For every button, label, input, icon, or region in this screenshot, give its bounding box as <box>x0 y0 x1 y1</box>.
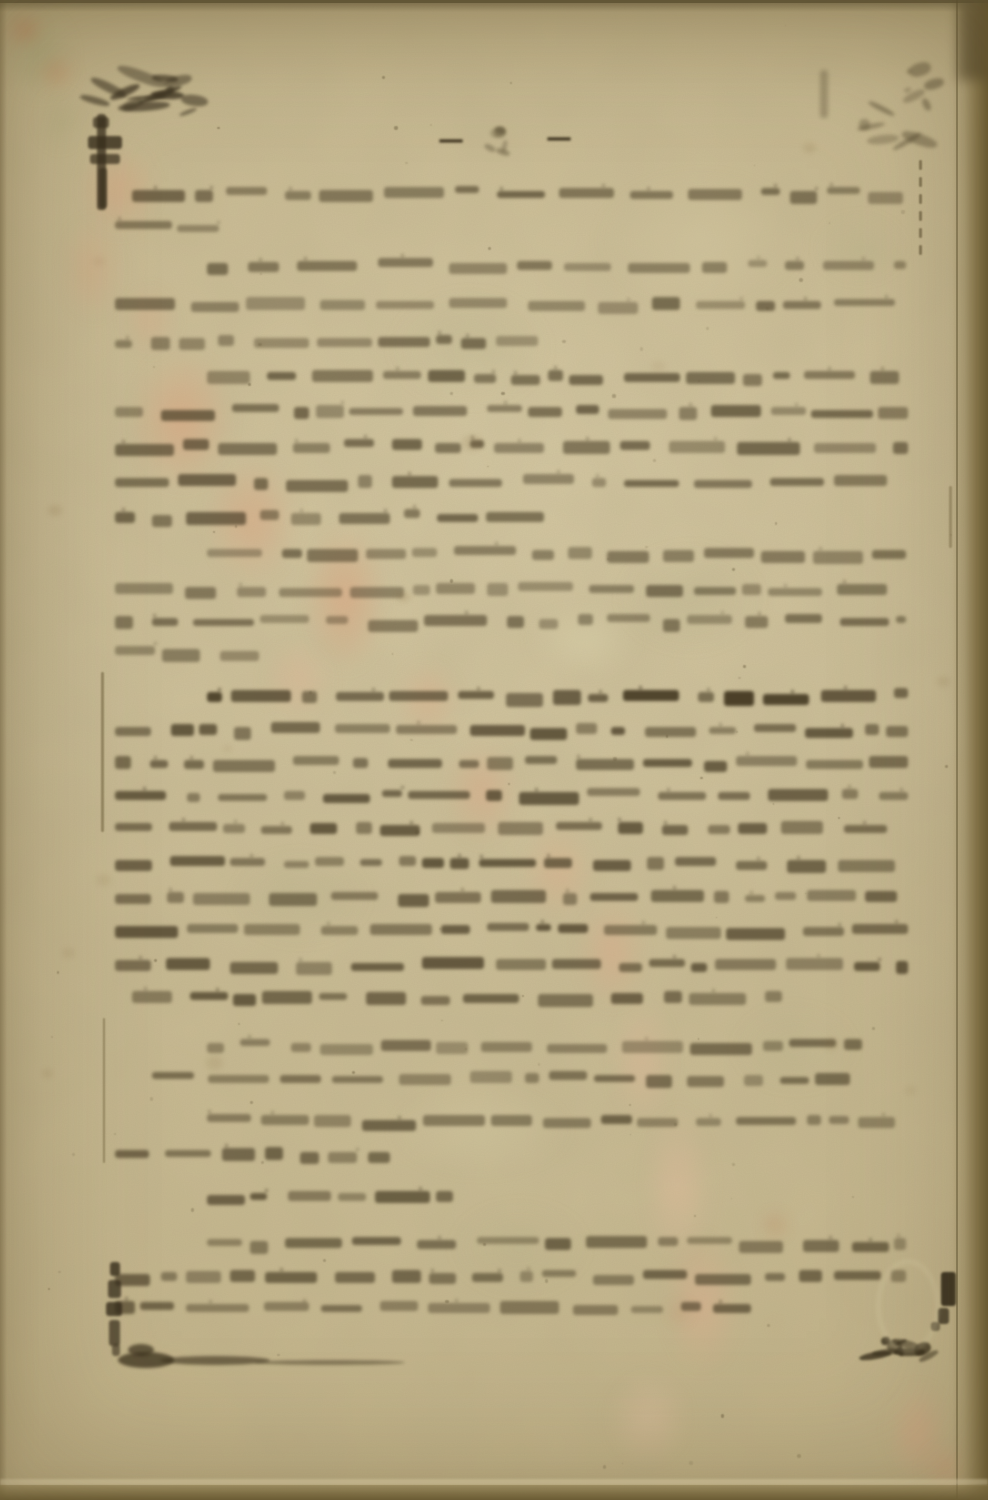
word-smudge <box>436 1191 453 1203</box>
word-smudge <box>356 1148 359 1151</box>
text-line-smudge <box>113 580 908 598</box>
word-smudge <box>743 374 762 386</box>
word-smudge <box>578 614 593 625</box>
word-smudge <box>553 690 582 705</box>
word-smudge <box>321 1305 362 1312</box>
word-smudge <box>222 1148 255 1161</box>
word-smudge <box>696 1118 721 1126</box>
word-smudge <box>413 406 467 416</box>
word-smudge <box>207 263 228 275</box>
word-smudge <box>449 298 508 308</box>
word-smudge <box>858 1117 895 1129</box>
word-smudge <box>122 508 125 511</box>
word-smudge <box>288 1191 331 1201</box>
word-smudge <box>208 1075 269 1083</box>
word-smudge <box>895 920 898 923</box>
word-smudge <box>353 758 369 768</box>
word-smudge <box>351 963 404 971</box>
word-smudge <box>787 860 826 873</box>
word-smudge <box>254 338 310 347</box>
word-smudge <box>601 1115 632 1124</box>
word-smudge <box>254 478 268 490</box>
word-smudge <box>622 1041 683 1053</box>
word-smudge <box>757 857 760 860</box>
word-smudge <box>115 444 174 456</box>
word-smudge <box>320 300 366 310</box>
word-smudge <box>852 1242 888 1253</box>
word-smudge <box>848 785 851 788</box>
word-smudge <box>494 443 544 453</box>
word-smudge <box>150 760 168 768</box>
word-smudge <box>167 892 185 903</box>
footer-cross-mark <box>106 1302 122 1316</box>
ink-speck <box>612 394 616 398</box>
stain <box>252 625 344 735</box>
word-smudge <box>704 548 754 559</box>
word-smudge <box>487 405 523 413</box>
word-smudge <box>556 822 602 830</box>
word-smudge <box>458 854 461 857</box>
word-smudge <box>187 924 238 932</box>
word-smudge <box>673 886 676 889</box>
word-smudge <box>823 261 874 270</box>
word-smudge <box>709 727 737 734</box>
text-line-smudge <box>130 989 790 1007</box>
word-smudge <box>115 478 169 487</box>
word-smudge <box>667 788 670 791</box>
word-smudge <box>477 1237 538 1244</box>
word-smudge <box>821 690 876 702</box>
word-smudge <box>326 616 348 624</box>
text-line-smudge <box>113 921 910 939</box>
word-smudge <box>319 993 347 1001</box>
ink-speck <box>48 1288 50 1290</box>
word-smudge <box>536 924 551 931</box>
right-margin-dashed-line <box>919 194 922 204</box>
word-smudge <box>554 366 557 369</box>
word-smudge <box>592 478 606 487</box>
word-smudge <box>573 1305 618 1314</box>
word-smudge <box>814 443 876 453</box>
word-smudge <box>815 187 818 190</box>
word-smudge <box>265 1272 317 1282</box>
word-smudge <box>514 371 517 374</box>
word-smudge <box>618 818 621 821</box>
word-smudge <box>624 373 681 383</box>
foxing-spot <box>48 505 62 516</box>
ink-speck <box>487 466 489 468</box>
word-smudge <box>455 1299 458 1302</box>
word-smudge <box>435 443 461 453</box>
word-smudge <box>541 920 544 923</box>
ink-speck <box>235 525 238 528</box>
word-smudge <box>449 479 502 487</box>
word-smudge <box>547 854 550 857</box>
word-smudge <box>813 551 863 564</box>
ink-speck <box>901 210 904 213</box>
word-smudge <box>691 963 707 972</box>
word-smudge <box>436 583 475 594</box>
word-smudge <box>115 298 175 310</box>
word-smudge <box>819 547 822 550</box>
right-margin-dashed-line <box>919 245 922 255</box>
word-smudge <box>115 340 132 348</box>
word-smudge <box>169 888 172 891</box>
word-smudge <box>248 1035 251 1038</box>
word-smudge <box>284 791 305 800</box>
word-smudge <box>321 926 359 935</box>
binding-dark-blob <box>938 1308 949 1324</box>
word-smudge <box>179 338 205 350</box>
word-smudge <box>827 187 860 195</box>
word-smudge <box>339 513 391 525</box>
word-smudge <box>396 367 399 370</box>
word-smudge <box>745 616 768 628</box>
word-smudge <box>878 958 881 961</box>
footer-cross-mark <box>109 1320 120 1346</box>
word-smudge <box>763 694 809 706</box>
word-smudge <box>428 370 465 383</box>
text-line-smudge <box>113 955 910 973</box>
word-smudge <box>689 993 746 1005</box>
word-smudge <box>344 439 375 447</box>
word-smudge <box>350 587 403 598</box>
word-smudge <box>719 1300 722 1303</box>
ink-speck <box>501 392 505 396</box>
word-smudge <box>454 546 515 555</box>
word-smudge <box>773 372 789 379</box>
word-smudge <box>523 474 574 484</box>
word-smudge <box>844 1039 862 1051</box>
word-smudge <box>865 724 879 735</box>
word-smudge <box>517 261 552 271</box>
word-smudge <box>586 437 589 440</box>
word-smudge <box>207 1114 251 1121</box>
word-smudge <box>438 331 441 334</box>
word-smudge <box>547 1044 607 1054</box>
word-smudge <box>886 726 908 737</box>
word-smudge <box>758 612 761 615</box>
word-smudge <box>383 371 421 379</box>
word-smudge <box>669 441 725 454</box>
footer-embossed-ring <box>877 1260 939 1352</box>
word-smudge <box>396 725 457 734</box>
text-line-smudge <box>113 1267 908 1285</box>
word-smudge <box>788 438 791 441</box>
word-smudge <box>384 187 444 198</box>
word-smudge <box>376 301 434 309</box>
word-smudge <box>598 302 638 315</box>
word-smudge <box>687 615 732 623</box>
word-smudge <box>421 996 450 1005</box>
ink-speck <box>603 1465 606 1468</box>
bottom-edge-band <box>0 1485 988 1500</box>
ink-speck <box>767 1324 770 1327</box>
word-smudge <box>765 991 782 1002</box>
word-smudge <box>558 924 588 933</box>
word-smudge <box>392 476 438 488</box>
text-line-smudge <box>113 853 910 871</box>
word-smudge <box>771 407 805 415</box>
right-margin-dashed-line <box>919 177 922 187</box>
word-smudge <box>646 585 683 597</box>
word-smudge <box>576 405 599 414</box>
word-smudge <box>225 1144 228 1147</box>
text-line-smudge <box>205 1234 908 1252</box>
word-smudge <box>115 221 172 229</box>
ink-speck <box>731 1198 732 1199</box>
word-smudge <box>687 1237 732 1244</box>
word-smudge <box>368 620 418 632</box>
word-smudge <box>286 480 347 493</box>
word-smudge <box>230 962 278 974</box>
ink-speck <box>653 459 656 462</box>
word-smudge <box>881 367 884 370</box>
word-smudge <box>230 858 265 866</box>
word-smudge <box>511 375 540 385</box>
word-smudge <box>885 295 888 298</box>
word-smudge <box>593 1275 634 1286</box>
word-smudge <box>807 1115 821 1125</box>
word-smudge <box>770 478 824 486</box>
word-smudge <box>303 1299 306 1302</box>
word-smudge <box>589 585 634 593</box>
word-smudge <box>190 756 193 759</box>
word-smudge <box>384 509 387 512</box>
word-smudge <box>687 1076 723 1087</box>
foxing-spot <box>223 745 232 752</box>
word-smudge <box>417 1240 457 1250</box>
word-smudge <box>643 1270 687 1279</box>
word-smudge <box>244 924 300 935</box>
word-smudge <box>293 756 338 766</box>
word-smudge <box>643 759 692 766</box>
word-smudge <box>207 1195 245 1205</box>
text-line-smudge <box>130 184 905 202</box>
word-smudge <box>619 963 642 972</box>
word-smudge <box>315 857 344 866</box>
right-top-corner-shadow <box>958 0 988 80</box>
ink-speck <box>666 735 668 737</box>
word-smudge <box>830 183 833 186</box>
text-line-smudge <box>150 1069 852 1087</box>
word-smudge <box>708 825 730 834</box>
ink-speck <box>394 126 398 130</box>
word-smudge <box>487 757 513 769</box>
foxing-spot <box>462 435 482 451</box>
word-smudge <box>216 988 219 991</box>
text-line-smudge <box>113 887 910 905</box>
word-smudge <box>132 190 185 202</box>
word-smudge <box>781 821 824 833</box>
word-smudge <box>218 443 277 455</box>
word-smudge <box>652 297 680 310</box>
word-smudge <box>153 614 156 617</box>
word-smudge <box>139 956 142 959</box>
foxing-spot <box>206 1056 223 1070</box>
word-smudge <box>170 856 225 865</box>
word-smudge <box>441 925 470 934</box>
word-smudge <box>297 261 357 271</box>
word-smudge <box>424 615 487 626</box>
ink-speck <box>799 278 803 282</box>
word-smudge <box>559 188 615 198</box>
text-line-smudge <box>113 507 552 525</box>
word-smudge <box>594 1075 635 1082</box>
page-number-left-dash: — <box>438 127 464 153</box>
word-smudge <box>360 859 381 866</box>
word-smudge <box>165 1150 211 1157</box>
text-line-smudge <box>113 218 232 236</box>
word-smudge <box>115 646 155 655</box>
word-smudge <box>736 1117 796 1125</box>
foxing-spot <box>905 1086 916 1095</box>
word-smudge <box>388 759 442 768</box>
word-smudge <box>528 407 562 417</box>
word-smudge <box>491 890 546 903</box>
word-smudge <box>352 1237 401 1245</box>
word-smudge <box>250 854 253 857</box>
word-smudge <box>542 1270 576 1277</box>
word-smudge <box>239 583 242 586</box>
word-smudge <box>893 442 908 455</box>
ink-speck <box>333 771 335 773</box>
word-smudge <box>307 549 357 561</box>
ink-speck <box>700 777 702 779</box>
word-smudge <box>143 787 146 790</box>
word-smudge <box>696 301 745 308</box>
word-smudge <box>115 791 166 801</box>
word-smudge <box>250 1241 268 1254</box>
word-smudge <box>588 694 608 702</box>
word-smudge <box>593 860 632 872</box>
word-smudge <box>775 892 796 901</box>
page-number-right-dash: — <box>546 125 572 151</box>
word-smudge <box>894 1238 906 1250</box>
word-smudge <box>608 409 667 420</box>
word-smudge <box>518 582 573 590</box>
word-smudge <box>362 1120 416 1132</box>
word-smudge <box>295 439 298 442</box>
word-smudge <box>320 1044 373 1055</box>
word-smudge <box>645 727 696 737</box>
word-smudge <box>470 1071 512 1082</box>
ink-speck <box>721 1414 725 1418</box>
word-smudge <box>218 335 234 346</box>
word-smudge <box>370 924 432 936</box>
word-smudge <box>498 822 543 835</box>
word-smudge <box>381 1040 431 1051</box>
word-smudge <box>698 692 713 702</box>
word-smudge <box>496 336 539 346</box>
word-smudge <box>803 927 844 936</box>
ink-speck <box>738 677 741 680</box>
foxing-spot <box>93 257 105 267</box>
word-smudge <box>805 728 853 738</box>
word-smudge <box>742 584 761 595</box>
word-smudge <box>841 724 844 727</box>
word-smudge <box>879 792 908 800</box>
word-smudge <box>399 1074 451 1085</box>
text-line-smudge <box>113 819 910 837</box>
word-smudge <box>461 338 485 349</box>
word-smudge <box>745 895 764 902</box>
word-smudge <box>852 924 908 934</box>
word-smudge <box>187 793 200 802</box>
word-smudge <box>500 1301 560 1314</box>
word-smudge <box>624 480 680 488</box>
word-smudge <box>681 1302 701 1311</box>
word-smudge <box>169 822 216 830</box>
word-smudge <box>748 260 767 267</box>
word-smudge <box>428 1303 490 1313</box>
word-smudge <box>784 584 787 587</box>
word-smudge <box>140 1302 175 1310</box>
ink-speck <box>114 1133 116 1135</box>
word-smudge <box>368 1152 390 1163</box>
word-smudge <box>260 615 309 622</box>
ink-speck <box>716 917 717 918</box>
word-smudge <box>589 818 592 821</box>
right-margin-dashed-line <box>919 211 922 221</box>
word-smudge <box>663 550 695 562</box>
word-smudge <box>182 818 185 821</box>
word-smudge <box>271 1111 274 1114</box>
word-smudge <box>557 470 560 473</box>
word-smudge <box>115 727 151 737</box>
word-smudge <box>463 994 518 1002</box>
text-line-smudge <box>113 753 910 771</box>
word-smudge <box>545 1238 571 1250</box>
word-smudge <box>479 859 536 867</box>
word-smudge <box>838 860 895 872</box>
word-smudge <box>577 755 580 758</box>
ink-speck <box>743 665 745 667</box>
word-smudge <box>865 891 897 902</box>
header-cross-mark <box>90 154 120 164</box>
word-smudge <box>207 1043 224 1053</box>
word-smudge <box>647 857 664 870</box>
word-smudge <box>154 642 157 645</box>
word-smudge <box>341 401 344 404</box>
word-smudge <box>300 1152 319 1164</box>
word-smudge <box>280 1268 283 1271</box>
foxing-spot <box>803 143 816 153</box>
word-smudge <box>834 299 895 307</box>
ink-speck <box>732 1163 735 1166</box>
word-smudge <box>234 820 237 823</box>
word-smudge <box>408 791 470 798</box>
word-smudge <box>472 1273 503 1282</box>
word-smudge <box>233 994 256 1005</box>
word-smudge <box>171 724 194 735</box>
word-smudge <box>271 722 319 732</box>
word-smudge <box>552 959 601 969</box>
word-smudge <box>504 401 507 404</box>
word-smudge <box>894 688 908 698</box>
word-smudge <box>323 794 370 803</box>
word-smudge <box>688 189 742 200</box>
word-smudge <box>689 403 692 406</box>
word-smudge <box>398 1116 401 1119</box>
word-smudge <box>765 1273 785 1281</box>
footer-flourish <box>128 1344 154 1356</box>
word-smudge <box>399 856 416 866</box>
word-smudge <box>185 587 216 599</box>
word-smudge <box>527 1267 530 1270</box>
word-smudge <box>713 1304 751 1312</box>
word-smudge <box>413 585 430 595</box>
